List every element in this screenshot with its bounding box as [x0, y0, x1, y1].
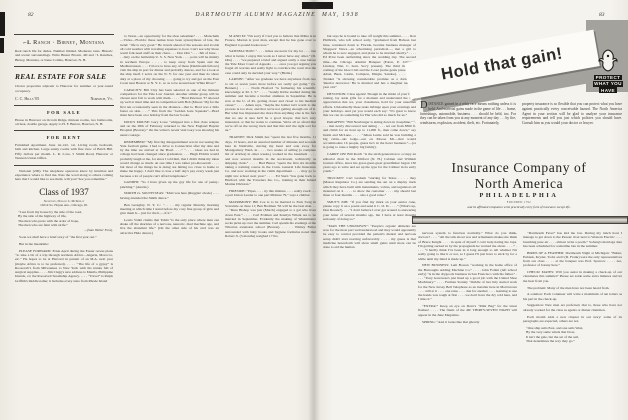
- ranch-ad-title: ⌐L Ranch · Birney, Montana: [15, 39, 113, 46]
- class-secretary-address: 10214 So. Hoyne Ave., Chicago, Ill.: [15, 203, 113, 207]
- left-col-3: M AND M: “I'm sorry if I led you to beli…: [225, 34, 316, 416]
- ad-city: PHILADELPHIA: [410, 192, 628, 199]
- running-head-right: MAY, 1938: [322, 12, 359, 18]
- paragraph: TRAININ': Dick Smith has “spent the last…: [225, 135, 316, 186]
- col2-paragraphs: to Texas—an opportunity for the shoe sal…: [120, 34, 219, 235]
- ranch-brand-mark: ⌐L: [24, 40, 32, 46]
- paragraph: LARNIN': “After we graduate we have anyw…: [225, 77, 316, 132]
- ad-body-right: property insurance is so flexible that y…: [522, 102, 622, 126]
- paragraph: But in the meantime:: [15, 242, 113, 246]
- paragraph: “EXTRA!” Keep an eye on Dave's “Mint Bag…: [418, 304, 517, 317]
- col3-paragraphs: M AND M: “I'm sorry if I led you to beli…: [225, 34, 316, 238]
- for-rent-title: FOR RENT: [15, 135, 113, 140]
- class-poem: “I see from my house by the side of the …: [15, 210, 113, 228]
- paragraph: TRUCKIN': Carl Graham “starting for Texa…: [323, 176, 416, 197]
- class-notes-heading: Class of 1937: [15, 187, 113, 197]
- paragraph: Ben Geraghty, N. Y. C.: “. . . . my regu…: [120, 203, 219, 216]
- scan-mark-left-2: [0, 38, 4, 53]
- paragraph: SATISFACTION: “. . . . riches are never …: [225, 49, 316, 75]
- for-rent-body: Furnished Apartment, June 1st–Oct. 1st. …: [15, 143, 113, 161]
- paragraph: The men who are faint with strife.”: [15, 223, 113, 227]
- company-line-1: Insurance Company of: [410, 160, 628, 176]
- paragraph: FIRESIDE: “Pipes . . . . try this mixtur…: [225, 189, 316, 198]
- real-estate-ad-body: Choice properties adjacent to Hanover fo…: [15, 84, 113, 93]
- paragraph: REMEMBER? “My first big disappointment w…: [120, 140, 219, 178]
- ad-emblem: PROTECT WHAT YOU HAVE: [588, 48, 628, 93]
- emblem-text-have: HAVE: [599, 87, 616, 93]
- right-below-col-1: nervous system to function normally.” Wh…: [418, 231, 517, 416]
- paragraph: National (200). The telephone operators …: [15, 169, 113, 182]
- magazine-spread: 82 DARTMOUTH ALUMNI MAGAZINE MAY, 1938 8…: [0, 0, 628, 420]
- scan-mark-left: [0, 12, 5, 36]
- right-below-col-2: “Dartmouth Fever” has laid me low. Durin…: [523, 231, 622, 416]
- paragraph: MATRIMONY: Bill Coe is to be married to …: [225, 200, 316, 238]
- company-line-2: North America: [410, 176, 628, 192]
- ad-tagline: and its affiliated companies write pract…: [410, 205, 628, 209]
- eagle-icon: [595, 48, 621, 74]
- below-col1-paragraphs: nervous system to function normally.” Wh…: [418, 231, 517, 324]
- paragraph: SMUT'S JOB: “If you find my mark on your…: [323, 200, 416, 221]
- for-rent-ad: FOR RENT Furnished Apartment, June 1st–O…: [14, 130, 114, 164]
- for-sale-title: FOR SALE: [15, 110, 113, 115]
- page-number-left: 82: [28, 12, 34, 18]
- right-col-1: but says he is bound to take off weight …: [323, 34, 416, 416]
- ad-company-name: Insurance Company of North America: [410, 160, 628, 191]
- column-text-block: National (200). The telephone operators …: [14, 165, 114, 290]
- paragraph: CARRY ON! Bill Rotch “is the sixth gener…: [323, 152, 416, 173]
- paragraph: “Dartmouth Fever” has laid me low. Durin…: [523, 231, 622, 248]
- col1-intro: National (200). The telephone operators …: [15, 169, 113, 182]
- emblem-text-protect: PROTECT: [594, 75, 622, 81]
- left-col-1: ⌐L Ranch · Birney, Montana Real ranch li…: [14, 34, 114, 416]
- paragraph: The problem: Many of the men have not be…: [523, 286, 622, 290]
- paragraph: CAPACITY: Bill Clay has been selected as…: [120, 88, 219, 118]
- paragraph: CHECK! MATES: Will you assist in making …: [523, 270, 622, 283]
- ad-body-left: DISTANCE gained in a relay race means no…: [420, 102, 516, 126]
- ranch-ad: ⌐L Ranch · Birney, Montana Real ranch li…: [14, 34, 114, 66]
- left-col-2: to Texas—an opportunity for the shoe sal…: [120, 34, 219, 416]
- ranch-ad-body: Real ranch life for dudes. Number limite…: [15, 49, 113, 62]
- paragraph: Soon we shall have a brief story of “the…: [15, 235, 113, 239]
- for-sale-ad: FOR SALE House in Hanover on Occom Ridge…: [14, 105, 114, 130]
- ad-founded: FOUNDED 1792: [410, 201, 628, 204]
- right-col1-paragraphs: but says he is bound to take off weight …: [323, 34, 416, 249]
- paragraph: DEVOTION: Class agents! Though in the mi…: [323, 92, 416, 118]
- paragraph: M AND M: “I'm sorry if I led you to beli…: [225, 34, 316, 47]
- paragraph: DICK'S MOUSE: Gary Lowe “whipped into a …: [120, 120, 219, 137]
- insurance-ad: Hold that gain! PROTECT WHAT YOU HAVE DI…: [410, 20, 628, 230]
- advertiser-place: Norwich, Vt.: [90, 96, 113, 101]
- below-col2-poem: “One ship sails East, and one sails West…: [523, 326, 622, 344]
- page-number-right: 83: [599, 12, 605, 18]
- paragraph: but says he is bound to take off weight …: [323, 34, 416, 89]
- emblem-text-whatyou: WHAT YOU: [593, 81, 624, 87]
- real-estate-ad: REAL ESTATE FOR SALE Choice properties a…: [14, 66, 114, 105]
- paragraph: NORTH vs. SOUTH SEAS: “Mutt was here (Ru…: [120, 191, 219, 200]
- paragraph: Lewis Vallet claims that Tahiti “is the …: [120, 218, 219, 235]
- ranch-ad-title-text: Ranch · Birney, Montana: [33, 39, 104, 46]
- advertiser-name: C. C. Hills '05: [15, 96, 39, 101]
- paragraph: Each month adds a new chapter in our sto…: [523, 315, 622, 324]
- paragraph: SPRING: “And it looks like that ghostly: [418, 320, 517, 324]
- ad-body-left-text: ISTANCE gained in a relay race means not…: [420, 102, 516, 125]
- for-sale-body: House in Hanover on Occom Ridge, thirtee…: [15, 118, 113, 127]
- paragraph: GANDHI: “So I have given up the gay life…: [120, 180, 219, 189]
- paragraph: BIRDS OF A FEATHER: Dartmouth Night at M…: [523, 251, 622, 268]
- paragraph: PARAFFIN: “Bill Newburger is skiing down…: [323, 120, 416, 150]
- paragraph: to Texas—an opportunity for the shoe sal…: [120, 34, 219, 85]
- paragraph: NEW BUSINESS: Lem Bowen “working in the …: [418, 263, 517, 301]
- paragraph: nervous system to function normally.” Wh…: [418, 231, 517, 261]
- paragraph: Suggestion: New men are preferred, that …: [523, 303, 622, 312]
- ad-rule-bar: [412, 216, 628, 224]
- paragraph: A solution: Each volunteer will write a …: [523, 292, 622, 301]
- col1-paragraphs: Soon we shall have a brief story of “the…: [15, 235, 113, 283]
- real-estate-ad-title: REAL ESTATE FOR SALE: [15, 72, 113, 81]
- paragraph: That determines the way they go.”: [523, 339, 622, 343]
- paragraph: “MAN THE UNKNOWN”: “People's organic ail…: [323, 224, 416, 250]
- below-col2-paragraphs: “Dartmouth Fever” has laid me low. Durin…: [523, 231, 622, 323]
- ad-body-right-text: property insurance is so flexible that y…: [522, 102, 622, 125]
- running-head-left: DARTMOUTH ALUMNI MAGAZINE: [150, 12, 316, 18]
- real-estate-ad-signature: C. C. Hills '05 Norwich, Vt.: [15, 96, 113, 101]
- paragraph: PLEASE FORWARD: Ernie April during the E…: [15, 249, 113, 283]
- poem-attribution: —(Sam Walter Foss).: [15, 228, 113, 232]
